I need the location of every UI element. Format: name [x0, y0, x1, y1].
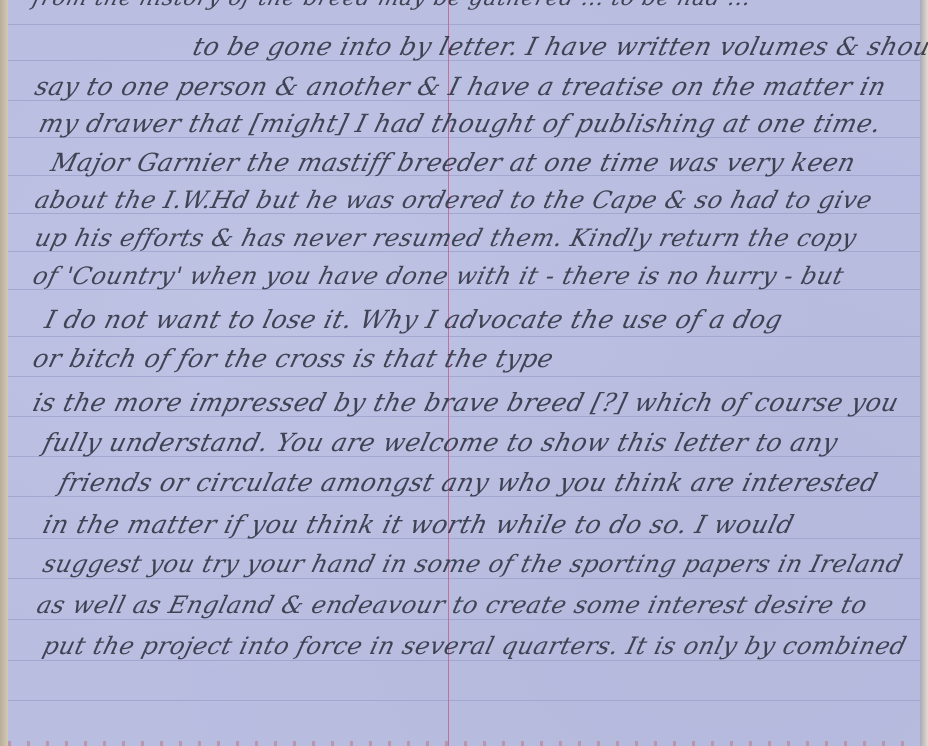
ruled-line [8, 336, 920, 337]
paper-left-edge [0, 0, 8, 746]
bleed-through-marks [8, 741, 920, 746]
ruled-line [8, 700, 920, 701]
handwritten-line-9: I do not want to lose it. Why I advocate… [42, 305, 786, 334]
handwritten-line-2: to be gone into by letter. I have writte… [190, 32, 928, 61]
ruled-line [8, 578, 920, 579]
ruled-line [8, 619, 920, 620]
handwritten-line-5: Major Garnier the mastiff breeder at one… [48, 148, 859, 177]
ruled-line [8, 660, 920, 661]
handwritten-line-3: say to one person & another & I have a t… [32, 72, 889, 101]
ruled-line [8, 376, 920, 377]
handwritten-line-8: of 'Country' when you have done with it … [30, 262, 847, 290]
ruled-line [8, 24, 920, 25]
handwritten-line-10: or bitch of for the cross is that the ty… [30, 344, 557, 373]
handwritten-line-6: about the I.W.Hd but he was ordered to t… [32, 186, 875, 214]
handwritten-line-17: put the project into force in several qu… [40, 632, 910, 660]
handwritten-line-15: suggest you try your hand in some of the… [40, 550, 906, 578]
handwritten-line-4: my drawer that [might] I had thought of … [36, 109, 885, 138]
handwritten-line-12: fully understand. You are welcome to sho… [40, 428, 841, 457]
handwritten-line-16: as well as England & endeavour to create… [34, 591, 870, 619]
handwritten-line-1: from the history of the breed may be gat… [30, 0, 754, 11]
handwritten-line-13: friends or circulate amongst any who you… [56, 468, 881, 497]
paper-right-edge [920, 0, 928, 746]
handwritten-line-7: up his efforts & has never resumed them.… [32, 224, 860, 252]
handwritten-line-14: in the matter if you think it worth whil… [40, 510, 797, 539]
handwritten-line-11: is the more impressed by the brave breed… [30, 388, 902, 417]
